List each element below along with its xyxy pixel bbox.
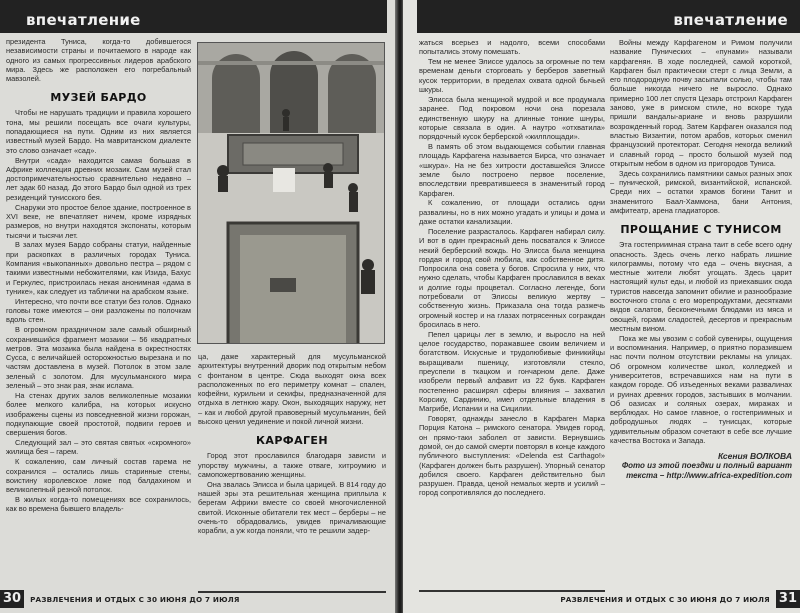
heading-bardo: МУЗЕЙ БАРДО (6, 91, 191, 105)
paragraph: ца, даже характерный для мусульманской а… (198, 352, 386, 426)
paragraph: жаться всерьез и надолго, всеми способам… (419, 38, 605, 57)
section-banner: впечатление (417, 0, 800, 33)
paragraph: Город этот прославился благодаря зависти… (198, 451, 386, 479)
heading-carthage: КАРФАГЕН (198, 434, 386, 448)
right-column-1: жаться всерьез и надолго, всеми способам… (419, 38, 605, 498)
photo-credit: Фото из этой поездки и полный вариант те… (610, 461, 792, 481)
paragraph: Эта гостеприимная страна таит в себе все… (610, 240, 792, 333)
paragraph: Интересно, что почти все статуи без голо… (6, 297, 191, 325)
paragraph: К сожалению, от площади остались одни ра… (419, 198, 605, 226)
paragraph: Она звалась Элисса и была царицей. В 814… (198, 480, 386, 536)
left-column-1: президента Туниса, когда-то добившегося … (6, 37, 191, 514)
page-number: 31 (776, 590, 800, 608)
right-column-2: Войны между Карфагеном и Римом получили … (610, 38, 792, 481)
footer-text: РАЗВЛЕЧЕНИЯ И ОТДЫХ С 30 ИЮНЯ ДО 7 ИЮЛЯ (554, 595, 776, 604)
article-signature: Ксения ВОЛКОВА Фото из этой поездки и по… (610, 451, 792, 481)
paragraph: На стенах других залов великолепные моза… (6, 391, 191, 437)
paragraph: В огромном праздничном зале самый обширн… (6, 325, 191, 390)
paragraph: Снаружи это простое белое здание, постро… (6, 203, 191, 240)
paragraph: В память об этом выдающемся событии глав… (419, 142, 605, 198)
footer-text: РАЗВЛЕЧЕНИЯ И ОТДЫХ С 30 ИЮНЯ ДО 7 ИЮЛЯ (24, 595, 246, 604)
section-title: впечатление (673, 11, 788, 29)
bardo-museum-photo (197, 42, 385, 344)
heading-farewell: ПРОЩАНИЕ С ТУНИСОМ (610, 223, 792, 237)
paragraph: Внутри «сада» находится самая большая в … (6, 156, 191, 202)
paragraph: Пока же мы увозим с собой сувениры, ощущ… (610, 334, 792, 446)
page-footer: РАЗВЛЕЧЕНИЯ И ОТДЫХ С 30 ИЮНЯ ДО 7 ИЮЛЯ … (554, 590, 800, 608)
paragraph: Следующий зал – это святая святых «скром… (6, 438, 191, 457)
paragraph: Чтобы не нарушать традиции и правила хор… (6, 108, 191, 154)
page-footer: 30 РАЗВЛЕЧЕНИЯ И ОТДЫХ С 30 ИЮНЯ ДО 7 ИЮ… (0, 590, 246, 608)
section-title: впечатление (26, 11, 141, 29)
paragraph: Поселение разрасталось. Карфаген набирал… (419, 227, 605, 329)
paragraph: В залах музея Бардо собраны статуи, найд… (6, 240, 191, 296)
section-banner: впечатление (0, 0, 387, 33)
paragraph: Войны между Карфагеном и Римом получили … (610, 38, 792, 168)
paragraph: Здесь сохранились памятники самых разных… (610, 169, 792, 215)
paragraph: В жилых когда-то помещениях все сохранил… (6, 495, 191, 514)
page-number: 30 (0, 590, 24, 608)
left-column-2: ца, даже характерный для мусульманской а… (198, 352, 386, 536)
paragraph: Пепел царицы лег в землю, и выросло на н… (419, 330, 605, 414)
author-name: Ксения ВОЛКОВА (610, 451, 792, 461)
left-page: впечатление президента Туниса, когда-то … (0, 0, 397, 613)
right-page: впечатление жаться всерьез и надолго, вс… (403, 0, 800, 613)
courtyard-image-icon (198, 43, 385, 344)
paragraph: Говорят, однажды занесло в Карфаген Марк… (419, 414, 605, 498)
paragraph: Элисса была женщиной мудрой и все продум… (419, 95, 605, 141)
paragraph: президента Туниса, когда-то добившегося … (6, 37, 191, 83)
paragraph: Тем не менее Элиссе удалось за огромные … (419, 57, 605, 94)
paragraph: К сожалению, сам личный состав гарема не… (6, 457, 191, 494)
